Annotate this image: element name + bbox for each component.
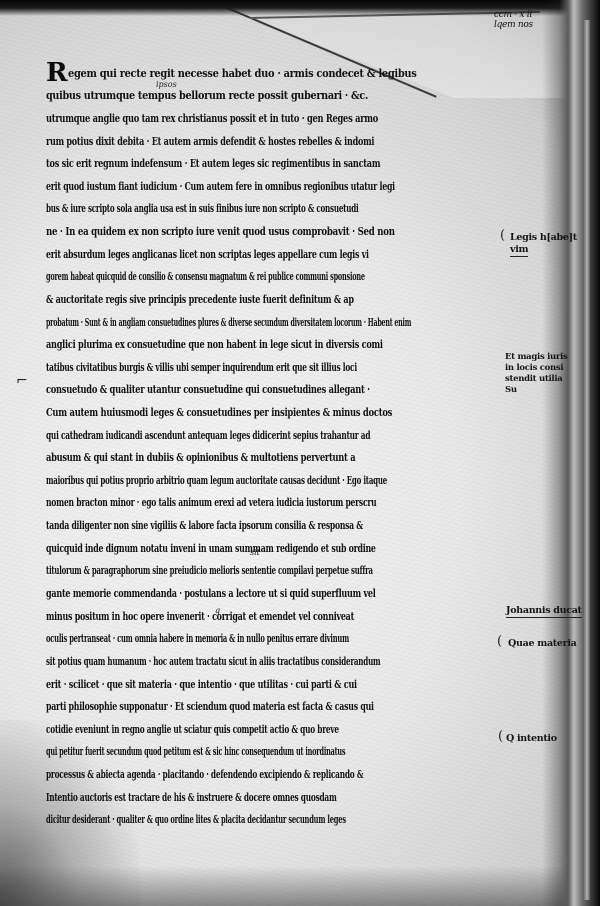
marginal-note-johannis: Johannis ducat — [506, 605, 596, 618]
paraph-bracket-icon: ( — [500, 228, 505, 243]
text-line: erit quod iustum fiant iudicium · Cum au… — [46, 179, 395, 199]
text-line: nomen bracton minor · ego talis animum e… — [46, 495, 376, 515]
paraph-mark-icon: ⌐ — [16, 373, 28, 389]
text-line: qui petitur fuerit secundum quod petitum… — [46, 744, 345, 764]
text-line: quibus utrumque tempus bellorum recte po… — [46, 88, 368, 108]
text-line: anglici plurima ex consuetudine que non … — [46, 337, 383, 357]
binding-gutter — [542, 0, 600, 906]
text-line: tos sic erit regnum indefensum · Et aute… — [46, 156, 380, 176]
interlinear-gloss: ipsos — [156, 80, 177, 89]
marginal-note-materia: Quae materia — [508, 638, 598, 650]
bottom-edge-shadow — [0, 866, 600, 906]
text-line: gante memorie commendanda · postulans a … — [46, 586, 376, 606]
text-line: abusum & qui stant in dubiis & opinionib… — [46, 450, 355, 470]
manuscript-page: ccm · x ii lqem nos R egem qui recte reg… — [0, 0, 600, 906]
decorated-initial: R — [46, 60, 68, 86]
marginal-note-legis: Legis h[abe]t vim — [510, 232, 600, 257]
text-line: sit potius quam humanum · hoc autem trac… — [46, 654, 380, 674]
text-line: erit absurdum leges anglicanas licet non… — [46, 247, 369, 267]
text-line: qui cathedram iudicandi ascendunt antequ… — [46, 428, 370, 448]
folio-mark-line-2: lqem nos — [494, 20, 574, 30]
text-line: Intentio auctoris est tractare de his & … — [46, 790, 337, 810]
text-line: egem qui recte regit necesse habet duo ·… — [68, 66, 417, 86]
text-line: utrumque anglie quo tam rex christianus … — [46, 111, 378, 131]
text-line: rum potius dixit debita · Et autem armis… — [46, 134, 374, 154]
marginal-note-line: Et magis iuris — [505, 352, 595, 363]
text-line: quicquid inde dignum notatu inveni in un… — [46, 541, 376, 561]
text-line: titulorum & paragraphorum sine preiudici… — [46, 563, 373, 583]
text-line: erit · scilicet · que sit materia · que … — [46, 677, 357, 697]
text-line: consuetudo & qualiter utantur consuetudi… — [46, 382, 370, 402]
text-line: minus positum in hoc opere invenerit · c… — [46, 609, 354, 629]
marginal-note-line: Q intentio — [506, 733, 596, 745]
marginal-note-line: Su — [505, 385, 595, 396]
text-line: tatibus civitatibus burgis & villis ubi … — [46, 360, 357, 380]
interlinear-gloss: q — [215, 606, 220, 615]
text-line: & auctoritate regis sive principis prece… — [46, 292, 354, 312]
text-line: ne · In ea quidem ex non scripto iure ve… — [46, 224, 395, 244]
folio-mark-line-1: ccm · x ii — [494, 10, 574, 20]
paraph-bracket-icon: ( — [497, 634, 502, 649]
text-line: cotidie eveniunt in regno anglie ut scia… — [46, 722, 339, 742]
text-line: tanda diligenter non sine vigiliis & lab… — [46, 518, 363, 538]
interlinear-gloss: sit — [250, 548, 260, 557]
text-line: maioribus qui potius proprio arbitrio qu… — [46, 473, 387, 493]
text-line: parti philosophie supponatur · Et sciend… — [46, 699, 374, 719]
marginal-note-line: in locis consi — [505, 363, 595, 374]
marginal-note-line: stendit utilia — [505, 374, 595, 385]
folio-mark: ccm · x ii lqem nos — [494, 10, 574, 30]
text-line: bus & iure scripto sola anglia usa est i… — [46, 201, 359, 221]
marginal-note-line: Johannis ducat — [506, 605, 582, 618]
marginal-note-line: vim — [510, 244, 528, 257]
marginal-note-line: Quae materia — [508, 638, 598, 650]
text-line: Cum autem huiusmodi leges & consuetudine… — [46, 405, 392, 425]
text-line: probatum · Sunt & in angliam consuetudin… — [46, 315, 411, 335]
text-line: dicitur desiderant · qualiter & quo ordi… — [46, 812, 346, 832]
gutter-fold — [584, 20, 590, 900]
text-line: gorem habeat quicquid de consilio & cons… — [46, 269, 365, 289]
marginal-note-intentio: Q intentio — [506, 733, 596, 745]
text-line: oculis pertranseat · cum omnia habere in… — [46, 631, 349, 651]
text-line: processus & abiecta agenda · placitando … — [46, 767, 363, 787]
marginal-note-magis: Et magis iuris in locis consi stendit ut… — [505, 352, 595, 396]
paraph-bracket-icon: ( — [498, 729, 503, 744]
marginal-note-line: Legis h[abe]t — [510, 232, 600, 244]
